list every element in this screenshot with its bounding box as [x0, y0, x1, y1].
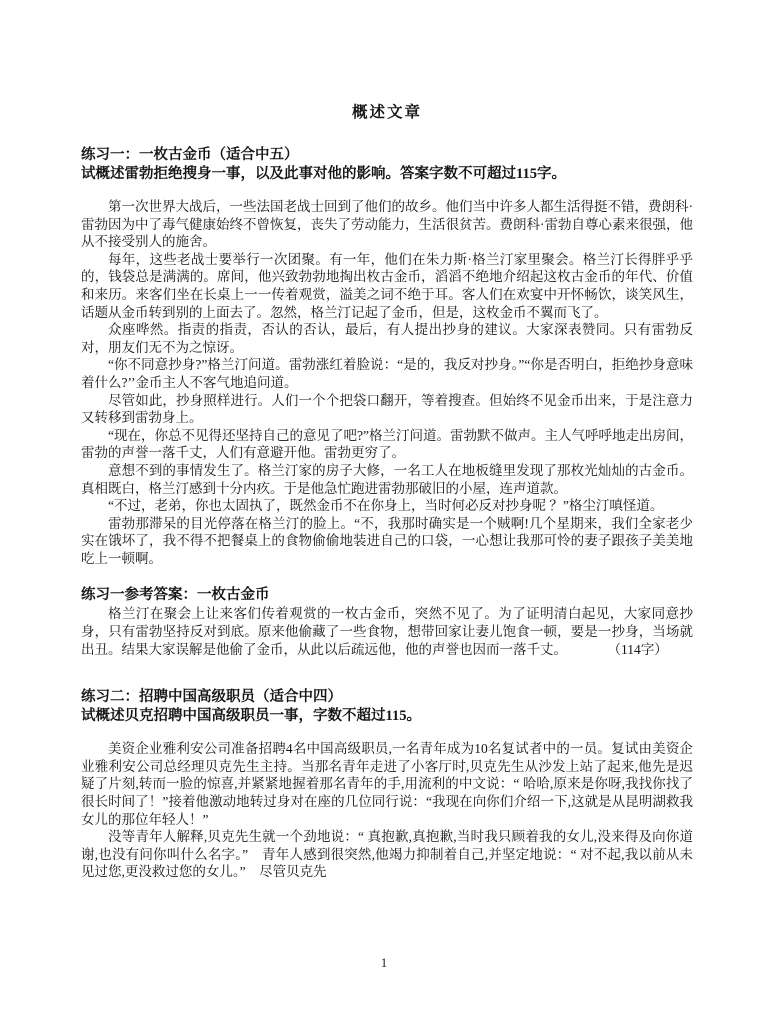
exercise1-paragraph: 意想不到的事情发生了。格兰汀家的房子大修，一名工人在地板缝里发现了那枚光灿灿的古… — [81, 462, 693, 497]
exercise1-heading: 练习一：一枚古金币（适合中五） 试概述雷勃拒绝搜身一事，以及此事对他的影响。答案… — [81, 146, 693, 184]
exercise1-heading-title: 练习一：一枚古金币（适合中五） — [81, 146, 693, 165]
exercise1-answer-paragraph: 格兰汀在聚会上让来客们传着观赏的一枚古金币，突然不见了。为了证明清白起见，大家同… — [81, 605, 693, 658]
page-number: 1 — [0, 956, 768, 971]
exercise1-passage: 第一次世界大战后，一些法国老战士回到了他们的故乡。他们当中许多人都生活得挺不错，… — [81, 198, 693, 567]
exercise1-paragraph: 尽管如此，抄身照样进行。人们一个个把袋口翻开，等着搜查。但始终不见金币出来，于是… — [81, 392, 693, 427]
exercise2-heading-instruction: 试概述贝克招聘中国高级职员一事，字数不超过115。 — [81, 707, 693, 726]
exercise1-paragraph: “现在，你总不见得还坚持自己的意见了吧?”格兰汀问道。雷勃默不做声。主人气呼呼地… — [81, 427, 693, 462]
exercise2-heading: 练习二：招聘中国高级职员（适合中四） 试概述贝克招聘中国高级职员一事，字数不超过… — [81, 688, 693, 726]
exercise2-paragraph: 没等青年人解释,贝克先生就一个劲地说：“ 真抱歉,真抱歉,当时我只顾着我的女儿,… — [81, 828, 693, 881]
exercise1-paragraph: 第一次世界大战后，一些法国老战士回到了他们的故乡。他们当中许多人都生活得挺不错，… — [81, 198, 693, 251]
document-content: 概述文章 练习一：一枚古金币（适合中五） 试概述雷勃拒绝搜身一事，以及此事对他的… — [81, 0, 693, 881]
document-title: 概述文章 — [81, 103, 693, 122]
exercise1-paragraph: 每年，这些老战士要举行一次团聚。有一年，他们在朱力斯·格兰汀家里聚会。格兰汀长得… — [81, 251, 693, 321]
exercise1-paragraph: “你不同意抄身?”格兰汀问道。雷勃涨红着脸说：“是的，我反对抄身。”“你是否明白… — [81, 356, 693, 391]
exercise1-paragraph: “不过，老弟，你也太固执了，既然金币不在你身上，当时何必反对抄身呢 ？”格尘汀嗔… — [81, 497, 693, 515]
exercise2-heading-title: 练习二：招聘中国高级职员（适合中四） — [81, 688, 693, 707]
exercise1-paragraph: 雷勃那滞呆的目光停落在格兰汀的脸上。“不，我那时确实是一个贼啊!几个星期来，我们… — [81, 515, 693, 568]
exercise2-passage: 美资企业雅利安公司准备招聘4名中国高级职员,一名青年成为10名复试者中的一员。复… — [81, 740, 693, 881]
exercise1-heading-instruction: 试概述雷勃拒绝搜身一事，以及此事对他的影响。答案字数不可超过115字。 — [81, 165, 693, 184]
exercise1-answer: 格兰汀在聚会上让来客们传着观赏的一枚古金币，突然不见了。为了证明清白起见，大家同… — [81, 605, 693, 658]
exercise1-paragraph: 众座哗然。指责的指责，否认的否认，最后，有人提出抄身的建议。大家深表赞同。只有雷… — [81, 321, 693, 356]
exercise2-paragraph: 美资企业雅利安公司准备招聘4名中国高级职员,一名青年成为10名复试者中的一员。复… — [81, 740, 693, 828]
exercise1-answer-heading: 练习一参考答案：一枚古金币 — [81, 586, 693, 605]
document-page: 概述文章 练习一：一枚古金币（适合中五） 试概述雷勃拒绝搜身一事，以及此事对他的… — [0, 0, 768, 1024]
